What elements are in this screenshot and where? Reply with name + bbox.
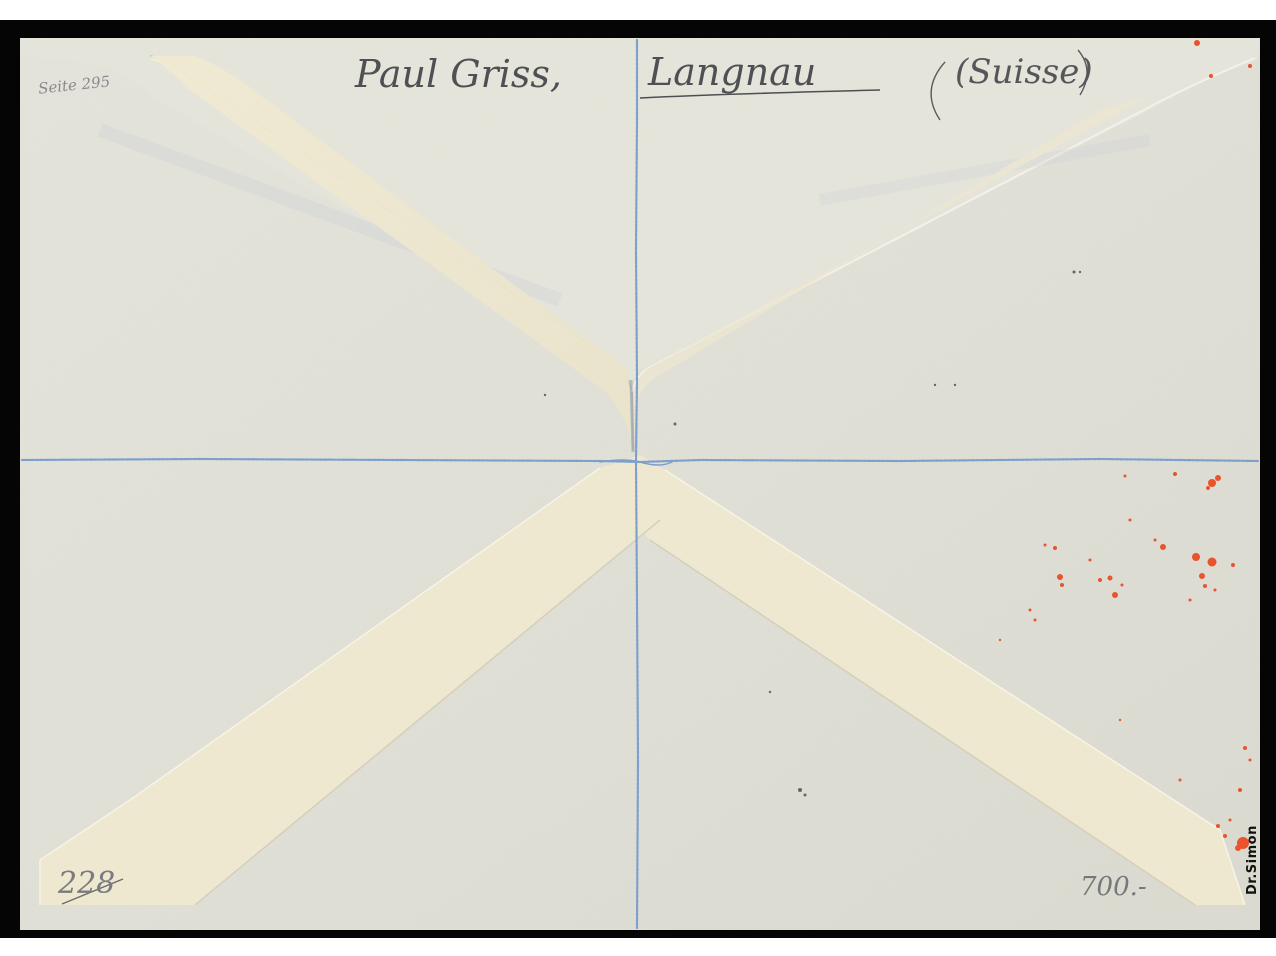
- sender-country: (Suisse): [955, 52, 1093, 92]
- envelope-back: [0, 0, 1276, 956]
- crossed-number: 228: [58, 866, 115, 901]
- sender-place: Langnau: [648, 50, 816, 94]
- price-note: 700.-: [1080, 872, 1147, 902]
- sender-name: Paul Griss,: [355, 52, 562, 96]
- expert-signature-mark: Dr.Simon: [1245, 825, 1260, 895]
